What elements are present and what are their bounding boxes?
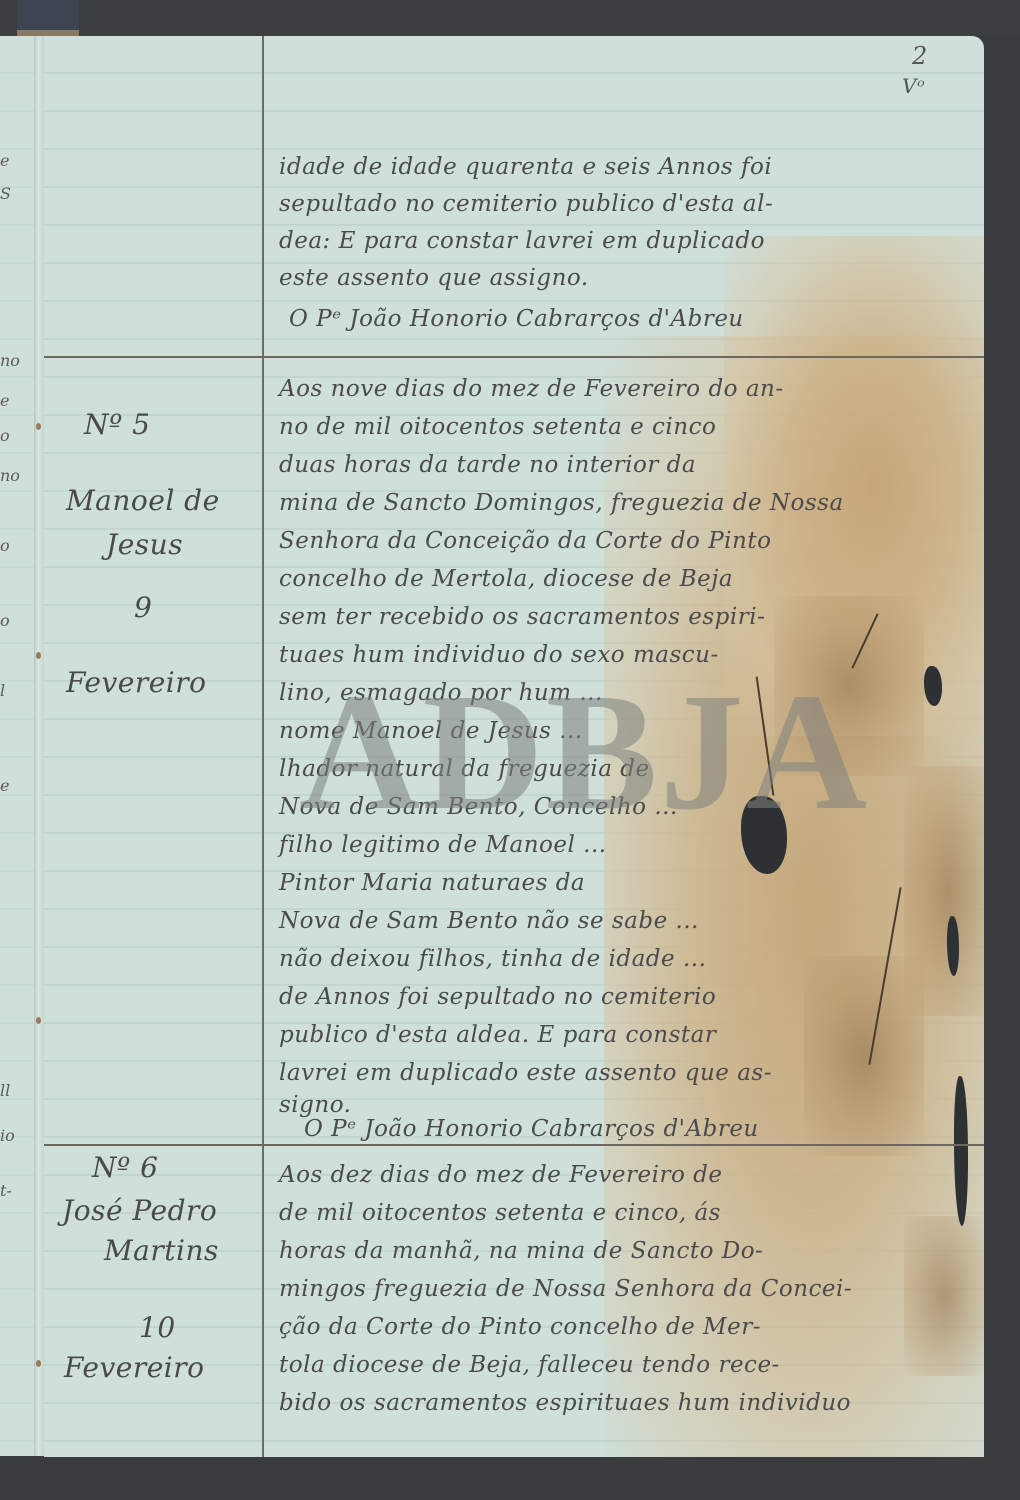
register-page: 2 Vᵒ idade de idade quarenta e seis Anno… [44, 36, 984, 1457]
water-stain-dark [904, 766, 984, 1016]
entry-text-line: horas da manhã, na mina de Sancto Do- [279, 1238, 763, 1264]
entry-text-line: lino, esmagado por hum ... [279, 680, 603, 706]
paper-edge-tear [954, 1076, 968, 1226]
scan-background-right [984, 36, 1020, 1457]
book-gutter [34, 36, 44, 1456]
entry-divider [44, 356, 984, 358]
entry-text-line: dea: E para constar lavrei em duplicado [279, 228, 765, 254]
facing-page-text: io [0, 1126, 15, 1145]
entry-text-line: bido os sacramentos espirituaes hum indi… [279, 1390, 851, 1416]
facing-page-text: e [0, 151, 9, 170]
facing-page-text: S [0, 184, 11, 203]
paper-crack [851, 613, 878, 668]
entry-text-line: ção da Corte do Pinto concelho de Mer- [279, 1314, 761, 1340]
binding-mark [36, 1360, 41, 1367]
paper-hole [924, 666, 942, 706]
binding-mark [36, 652, 41, 659]
entry-text-line: no de mil oitocentos setenta e cinco [279, 414, 716, 440]
entry-text-line: Aos dez dias do mez de Fevereiro de [279, 1162, 722, 1188]
entry-text-line: lhador natural da freguezia de [279, 756, 650, 782]
entry-text-line: concelho de Mertola, diocese de Beja [279, 566, 733, 592]
entry-text-line: não deixou filhos, tinha de idade ... [279, 946, 706, 972]
entry-day: 9 [134, 591, 152, 624]
water-stain-dark [804, 956, 924, 1156]
entry-text-line: filho legitimo de Manoel ... [279, 832, 607, 858]
entry-text-line: idade de idade quarenta e seis Annos foi [279, 154, 772, 180]
margin-column-rule [262, 36, 264, 1457]
entry-divider [44, 1144, 984, 1146]
entry-day: 10 [139, 1311, 176, 1344]
entry-text-line: sepultado no cemiterio publico d'esta al… [279, 191, 773, 217]
page-number: 2 [912, 42, 928, 70]
entry-text-line: este assento que assigno. [279, 265, 589, 291]
entry-text-line: de Annos foi sepultado no cemiterio [279, 984, 716, 1010]
facing-page-text: o [0, 536, 10, 555]
facing-page-text: o [0, 611, 10, 630]
facing-page-text: o [0, 426, 10, 445]
entry-text-line: mina de Sancto Domingos, freguezia de No… [279, 490, 844, 516]
deceased-name: Manoel de [66, 484, 220, 517]
entry-text-line: Pintor Maria naturaes da [279, 870, 585, 896]
water-stain-dark [774, 596, 924, 776]
facing-page-text: no [0, 466, 20, 485]
paper-hole [741, 796, 787, 874]
entry-text-line: signo. [279, 1092, 351, 1118]
entry-month: Fevereiro [66, 666, 207, 699]
entry-text-line: Senhora da Conceição da Corte do Pinto [279, 528, 771, 554]
entry-month: Fevereiro [64, 1351, 205, 1384]
priest-signature: O Pᵉ João Honorio Cabrarços d'Abreu [289, 306, 744, 332]
facing-page-text: t- [0, 1181, 12, 1200]
entry-number: Nº 5 [84, 408, 150, 441]
facing-page-text: ll [0, 1081, 10, 1100]
entry-text-line: publico d'esta aldea. E para constar [279, 1022, 716, 1048]
entry-text-line: nome Manoel de Jesus ... [279, 718, 583, 744]
scan-background-top [0, 0, 1020, 36]
priest-signature: O Pᵉ João Honorio Cabrarços d'Abreu [304, 1116, 759, 1142]
deceased-name: Jesus [106, 528, 183, 561]
entry-number: Nº 6 [92, 1151, 158, 1184]
water-stain-dark [904, 1216, 984, 1376]
facing-page-text: e [0, 776, 9, 795]
paper-hole [947, 916, 959, 976]
entry-text-line: Nova de Sam Bento, Concelho ... [279, 794, 678, 820]
facing-page-text: no [0, 351, 20, 370]
binding-mark [36, 1017, 41, 1024]
paper-crack [868, 887, 901, 1065]
deceased-name: José Pedro [62, 1194, 217, 1227]
entry-text-line: tuaes hum individuo do sexo mascu- [279, 642, 719, 668]
entry-text-line: Aos nove dias do mez de Fevereiro do an- [279, 376, 784, 402]
deceased-name: Martins [104, 1234, 219, 1267]
binding-mark [36, 423, 41, 430]
entry-text-line: mingos freguezia de Nossa Senhora da Con… [279, 1276, 852, 1302]
page-side-note: Vᵒ [902, 74, 925, 98]
scan-background-bottom [0, 1457, 1020, 1500]
entry-text-line: tola diocese de Beja, falleceu tendo rec… [279, 1352, 780, 1378]
facing-page-fragment: e S no e o no o o l e ll io t- [0, 36, 36, 1456]
book-spine-band [17, 0, 79, 34]
entry-text-line: de mil oitocentos setenta e cinco, ás [279, 1200, 721, 1226]
entry-text-line: Nova de Sam Bento não se sabe ... [279, 908, 699, 934]
entry-text-line: sem ter recebido os sacramentos espiri- [279, 604, 765, 630]
entry-text-line: lavrei em duplicado este assento que as- [279, 1060, 772, 1086]
entry-text-line: duas horas da tarde no interior da [279, 452, 696, 478]
paper-crack [756, 676, 775, 795]
facing-page-text: e [0, 391, 9, 410]
facing-page-text: l [0, 681, 5, 700]
